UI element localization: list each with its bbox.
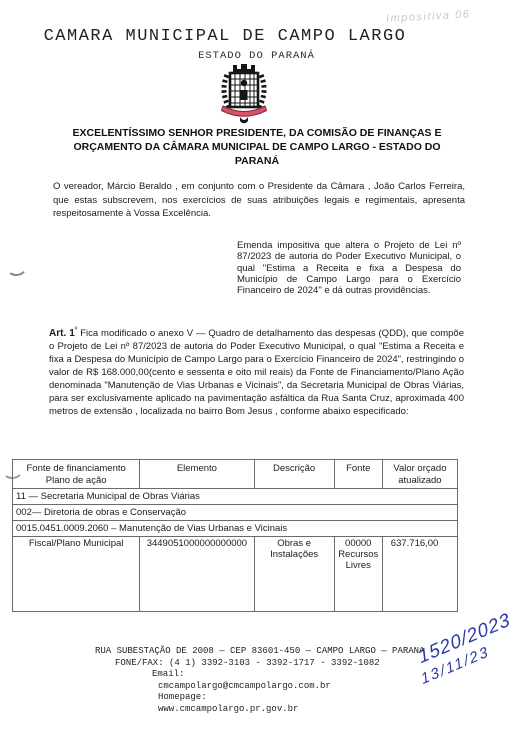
group-row-label: 002— Diretoria de obras e Conservação (13, 505, 458, 521)
scanned-document-page: CAMARA MUNICIPAL DE CAMPO LARGO ESTADO D… (0, 0, 513, 739)
table-row-diretoria: 002— Diretoria de obras e Conservação (13, 505, 458, 521)
cell-descricao: Obras e Instalações (254, 537, 334, 612)
group-row-label: 11 — Secretaria Municipal de Obras Viári… (13, 489, 458, 505)
footer-phone: FONE/FAX: (4 1) 3392-3103 - 3392-1717 - … (115, 658, 455, 670)
municipal-coat-of-arms-icon (213, 61, 275, 125)
cell-elemento: 3449051000000000000 (140, 537, 254, 612)
article-1-paragraph: Art. 1º Fica modificado o anexo V — Quad… (49, 325, 464, 419)
group-row-label: 0015.0451.0009.2060 – Manutenção de Vias… (13, 521, 458, 537)
col-header-fonte-plano: Fonte de financiamento Plano de ação (13, 460, 140, 489)
footer-email-label: Email: (152, 669, 455, 681)
article-text: Fica modificado o anexo V — Quadro de de… (49, 328, 464, 416)
pen-arc-mark (5, 257, 28, 277)
cell-fonte-plano: Fiscal/Plano Municipal (13, 537, 140, 612)
addressee-heading: EXCELENTÍSSIMO SENHOR PRESIDENTE, DA COM… (63, 126, 451, 168)
col-header-elemento: Elemento (140, 460, 254, 489)
col-header-valor: Valor orçado atualizado (382, 460, 457, 489)
handwritten-protocol-stamp: 1520/2023 13/11/23 (416, 605, 513, 686)
article-label: Art. 1 (49, 328, 75, 339)
pencil-annotation: Impositiva 06 (386, 7, 496, 25)
table-header-row: Fonte de financiamento Plano de ação Ele… (13, 460, 458, 489)
table-row-secretaria: 11 — Secretaria Municipal de Obras Viári… (13, 489, 458, 505)
table-data-row: Fiscal/Plano Municipal 34490510000000000… (13, 537, 458, 612)
col-header-fonte: Fonte (334, 460, 382, 489)
footer-homepage-label: Homepage: (158, 692, 455, 704)
footer-email: cmcampolargo@cmcampolargo.com.br (158, 681, 455, 693)
intro-paragraph: O vereador, Márcio Beraldo , em conjunto… (53, 180, 465, 221)
footer-homepage: www.cmcampolargo.pr.gov.br (158, 704, 455, 716)
table-row-plano-acao: 0015.0451.0009.2060 – Manutenção de Vias… (13, 521, 458, 537)
col-header-descricao: Descrição (254, 460, 334, 489)
qdd-table: Fonte de financiamento Plano de ação Ele… (12, 459, 458, 612)
amendment-summary: Emenda impositiva que altera o Projeto d… (237, 240, 461, 296)
letterhead-title: CAMARA MUNICIPAL DE CAMPO LARGO (0, 27, 450, 46)
footer-address: RUA SUBESTAÇÃO DE 2008 — CEP 83601-450 —… (95, 646, 455, 658)
footer-letterhead: RUA SUBESTAÇÃO DE 2008 — CEP 83601-450 —… (95, 646, 455, 715)
cell-fonte: 00000 Recursos Livres (334, 537, 382, 612)
cell-valor: 637.716,00 (382, 537, 457, 612)
